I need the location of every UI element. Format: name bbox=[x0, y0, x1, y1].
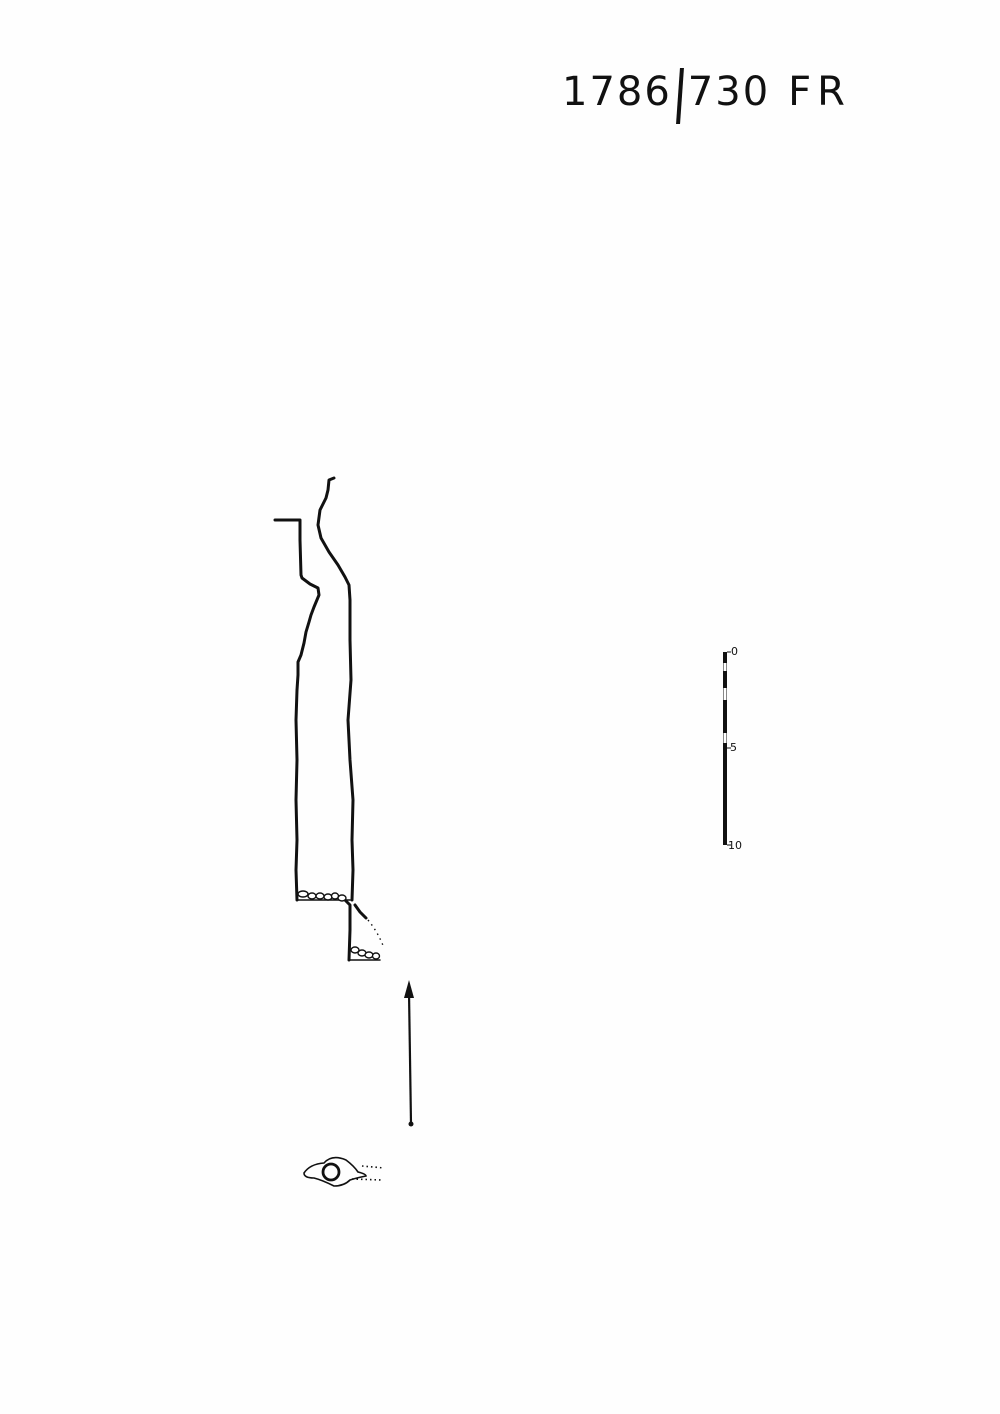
profile-base-step bbox=[345, 900, 350, 960]
plan-view-sketch bbox=[304, 1158, 384, 1186]
scale-label-10: 10 bbox=[728, 840, 742, 851]
profile-inner-line bbox=[318, 478, 353, 900]
profile-base-curve bbox=[355, 905, 366, 918]
drawing-sheet: 1786 730 FR bbox=[0, 0, 1000, 1414]
reconstruction-dotted-line bbox=[368, 920, 384, 948]
base-stones bbox=[298, 891, 380, 959]
scale-label-0: 0 bbox=[731, 646, 738, 657]
scale-label-5: 5 bbox=[730, 742, 737, 753]
orientation-arrow bbox=[404, 980, 414, 1127]
profile-outer-line bbox=[275, 520, 319, 900]
technical-drawing bbox=[0, 0, 1000, 1414]
vessel-profile bbox=[275, 478, 380, 960]
